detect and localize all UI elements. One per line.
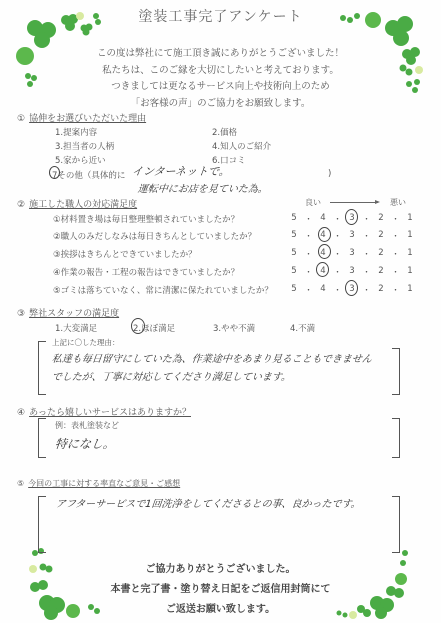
selection-circle bbox=[131, 318, 145, 334]
section-title: 弊社スタッフの満足度 bbox=[29, 309, 119, 319]
other-close-paren: ) bbox=[328, 169, 331, 179]
question-material-storage: ①材料置き場は毎日整理整頓されていましたか？ bbox=[53, 213, 239, 225]
selection-circle bbox=[49, 166, 60, 179]
section-number: ① bbox=[17, 114, 25, 124]
rating-scale[interactable]: 5・4・3・2・1 bbox=[289, 230, 415, 242]
rating-circle-3 bbox=[345, 209, 358, 225]
closing-line: 本書と完了書・塗り替え日記をご返信用封筒にて bbox=[0, 580, 441, 600]
survey-page: 塗装工事完了アンケート この度は弊社にて施工頂き誠にありがとうございました！ 私… bbox=[0, 0, 441, 623]
section-title: 協伸をお選びいただいた理由 bbox=[29, 114, 146, 124]
intro-line: この度は弊社にて施工頂き誠にありがとうございました！ bbox=[0, 46, 441, 63]
intro-line: 私たちは、このご縁を大切にしたいと考えております。 bbox=[0, 63, 441, 80]
handwritten-feedback: アフターサービスで1回洗浄をしてくださるとの事、良かったです。 bbox=[55, 495, 361, 510]
question-appearance: ②職人のみだしなみは毎日きちんとしていましたか？ bbox=[53, 230, 256, 242]
option-price[interactable]: 2.価格 bbox=[212, 126, 237, 138]
closing-line: ご協力ありがとうございました。 bbox=[0, 560, 441, 580]
answer-box-right-bracket bbox=[392, 418, 400, 458]
rating-scale[interactable]: 5・4・3・2・1 bbox=[289, 248, 415, 260]
rating-scale[interactable]: 5・4・3・2・1 bbox=[289, 266, 415, 278]
option-dissatisfied[interactable]: 4.不満 bbox=[290, 322, 315, 334]
section-title: 施工した職人の対応満足度 bbox=[29, 200, 137, 210]
section-number: ③ bbox=[17, 309, 25, 319]
option-proposal[interactable]: 1.提案内容 bbox=[55, 126, 97, 138]
answer-box-left-bracket bbox=[38, 418, 46, 458]
question-greeting: ③挨拶はきちんとできていましたか？ bbox=[53, 248, 197, 260]
section-title: 今回の工事に対する率直なご意見・ご感想 bbox=[28, 479, 180, 488]
handwritten-reason-line1: 私達も毎日留守にしていた為、作業途中をあまり見ることもできません bbox=[51, 350, 373, 365]
rating-circle-4 bbox=[316, 262, 329, 277]
rating-circle-3 bbox=[345, 280, 358, 296]
answer-box-left-bracket bbox=[38, 341, 46, 395]
option-very-satisfied[interactable]: 1.大変満足 bbox=[55, 322, 97, 334]
answer-box-right-bracket bbox=[392, 348, 400, 395]
question-progress-report: ④作業の報告・工程の報告はできていましたか？ bbox=[53, 266, 239, 278]
rating-circle-4 bbox=[318, 244, 331, 259]
section-number: ⑤ bbox=[17, 479, 24, 488]
option-staff-personality[interactable]: 3.担当者の人柄 bbox=[55, 140, 114, 152]
option-referral[interactable]: 4.知人のご紹介 bbox=[212, 140, 271, 152]
handwritten-other-line2: 運転中にお店を見ていた為。 bbox=[137, 180, 269, 195]
scale-good-label: 良い bbox=[305, 197, 321, 208]
option-near-home[interactable]: 5.家から近い bbox=[55, 154, 106, 166]
section3-heading: ③弊社スタッフの満足度 bbox=[17, 306, 119, 319]
section4-heading: ④あったら嬉しいサービスはありますか？ bbox=[17, 405, 191, 418]
example-label: 例：表札塗装など bbox=[55, 420, 119, 431]
answer-box-left-bracket bbox=[38, 496, 46, 553]
section5-heading: ⑤今回の工事に対する率直なご意見・ご感想 bbox=[17, 478, 180, 489]
scale-bad-label: 悪い bbox=[390, 197, 406, 208]
section-title: あったら嬉しいサービスはありますか？ bbox=[29, 408, 191, 418]
option-other[interactable]: 7その他（具体的に bbox=[52, 169, 125, 181]
section2-heading: ②施工した職人の対応満足度 bbox=[17, 197, 137, 210]
answer-box-right-bracket bbox=[392, 496, 400, 553]
option-somewhat-dissatisfied[interactable]: 3.やや不満 bbox=[213, 322, 255, 334]
intro-line: つきましては更なるサービス向上や技術向上のため bbox=[0, 79, 441, 96]
section-number: ② bbox=[17, 200, 25, 210]
intro-message: この度は弊社にて施工頂き誠にありがとうございました！ 私たちは、このご縁を大切に… bbox=[0, 46, 441, 112]
handwritten-service-answer: 特になし。 bbox=[54, 435, 116, 452]
closing-message: ご協力ありがとうございました。 本書と完了書・塗り替え日記をご返信用封筒にて ご… bbox=[0, 560, 441, 620]
closing-line: ご返送お願い致します。 bbox=[0, 600, 441, 620]
handwritten-reason-line2: でしたが、丁寧に対応してくださり満足しています。 bbox=[51, 368, 292, 383]
question-cleanliness: ⑤ゴミは落ちていなく、常に清潔に保たれていましたか？ bbox=[53, 284, 273, 296]
reason-label: 上記に〇した理由： bbox=[52, 337, 120, 348]
intro-line: 「お客様の声」のご協力をお願致します。 bbox=[0, 96, 441, 113]
survey-title: 塗装工事完了アンケート bbox=[0, 6, 441, 26]
rating-circle-4 bbox=[318, 227, 331, 242]
scale-arrow-icon bbox=[330, 202, 378, 203]
handwritten-other-line1: インターネットで。 bbox=[131, 163, 230, 179]
section-number: ④ bbox=[17, 408, 25, 418]
section1-heading: ①協伸をお選びいただいた理由 bbox=[17, 111, 146, 124]
